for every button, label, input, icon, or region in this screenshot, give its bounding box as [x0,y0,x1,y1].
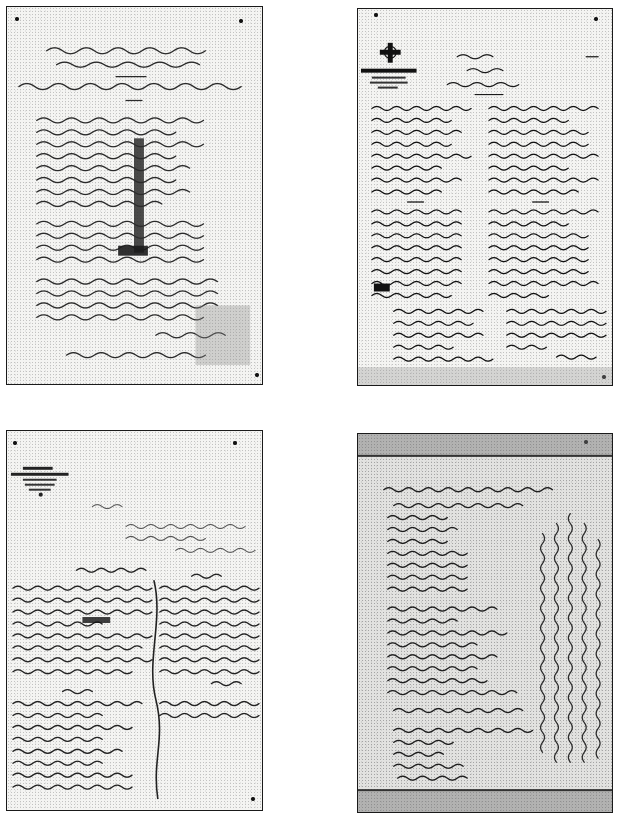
manuscript-page-top-right [357,8,613,386]
manuscript-page-bottom-right [357,433,613,813]
wavy-divider [153,580,160,799]
manuscript-page-top-left [6,6,263,385]
cross-emblem-icon [380,43,401,63]
manuscript-page-bottom-left [6,430,263,811]
handwriting-strokes [358,434,612,812]
handwriting-strokes [7,431,262,810]
handwriting-strokes [358,9,612,385]
handwriting-strokes [7,7,262,384]
